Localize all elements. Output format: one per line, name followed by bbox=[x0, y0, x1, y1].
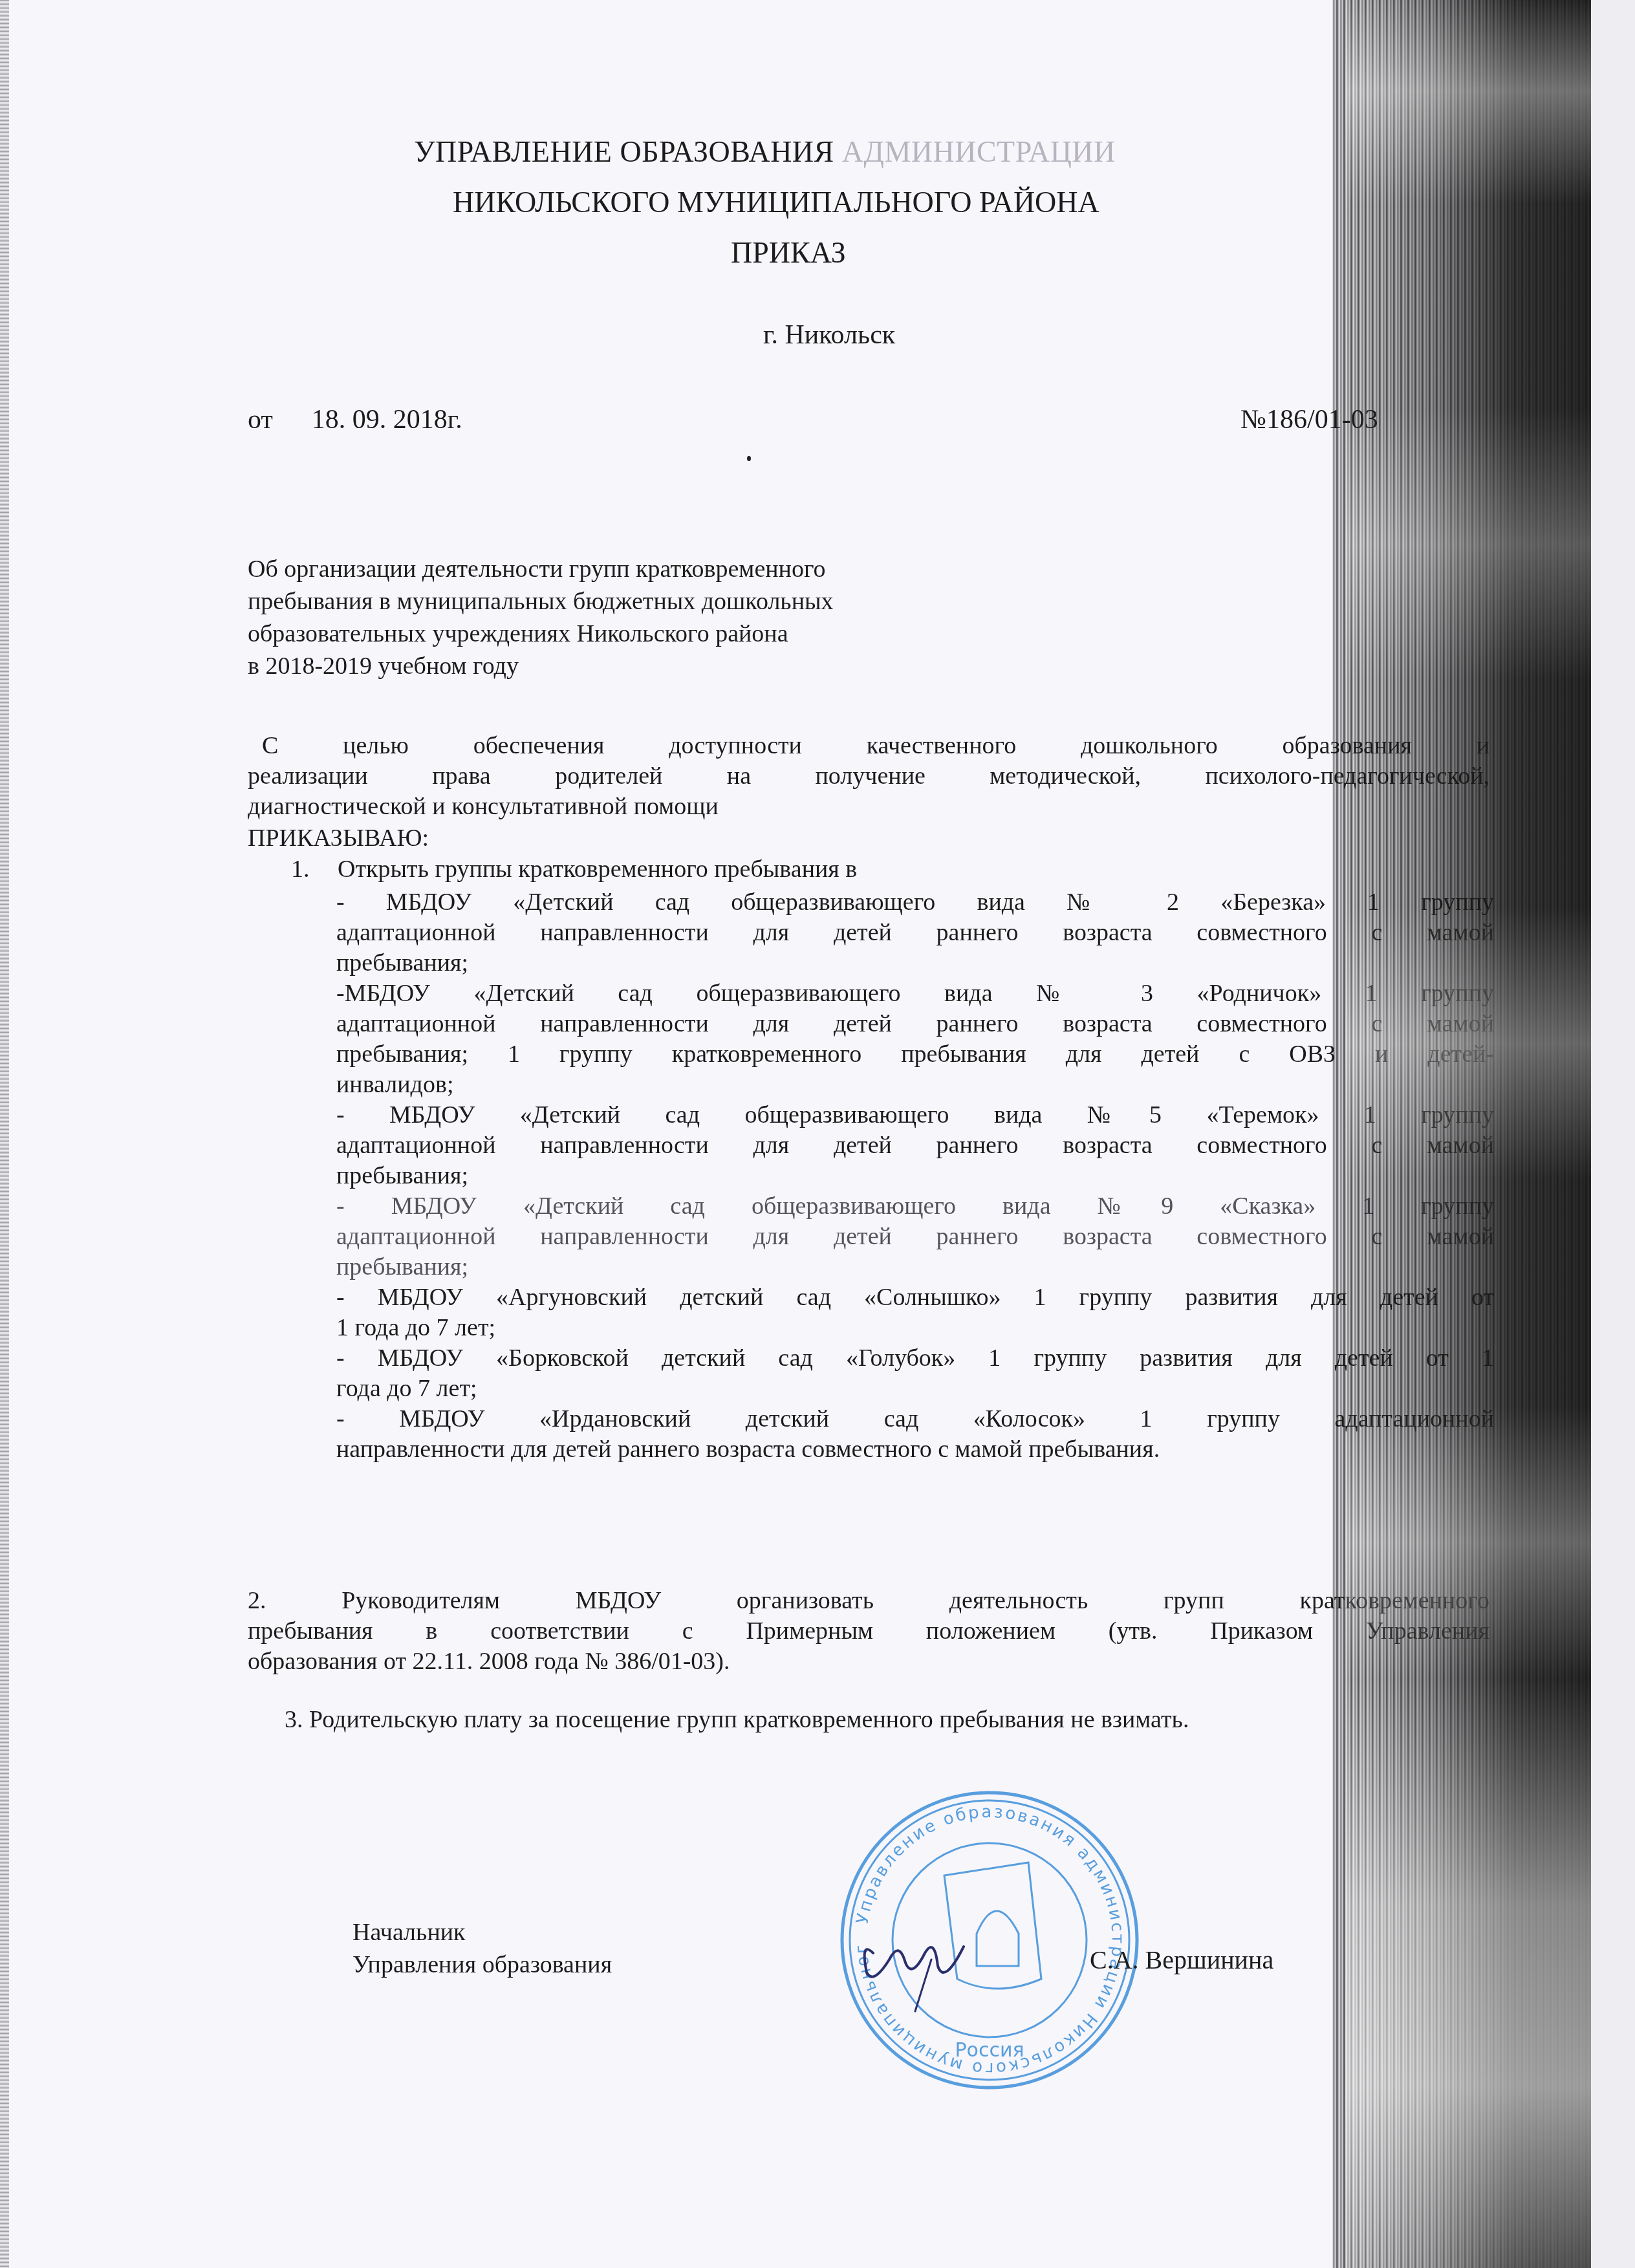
subject-line: в 2018-2019 учебном году bbox=[248, 650, 1088, 682]
item-1-heading: 1.Открыть группы кратковременного пребыв… bbox=[291, 857, 857, 881]
list-item-line: 1 года до 7 лет; bbox=[336, 1313, 1494, 1343]
list-item-line: года до 7 лет; bbox=[336, 1374, 1494, 1404]
date-label: от bbox=[248, 405, 273, 435]
intro-line: диагностической и консультативной помощи bbox=[248, 792, 1489, 822]
list-item-line: - МБДОУ «Ирдановский детский сад «Колосо… bbox=[336, 1404, 1494, 1434]
list-item: - МБДОУ «Детский сад общеразвивающего ви… bbox=[336, 887, 1494, 978]
item-3-paragraph: 3. Родительскую плату за посещение групп… bbox=[285, 1707, 1189, 1732]
header-line1-main: УПРАВЛЕНИЕ ОБРАЗОВАНИЯ bbox=[414, 135, 842, 168]
subject-line: пребывания в муниципальных бюджетных дош… bbox=[248, 585, 1088, 618]
intro-paragraph: С целью обеспечения доступности качестве… bbox=[248, 731, 1489, 822]
list-item: -МБДОУ «Детский сад общеразвивающего вид… bbox=[336, 978, 1494, 1100]
document-subject: Об организации деятельности групп кратко… bbox=[248, 553, 1088, 682]
list-item: - МБДОУ «Детский сад общеразвивающего ви… bbox=[336, 1191, 1494, 1282]
item-1-text: Открыть группы кратковременного пребыван… bbox=[338, 856, 857, 883]
list-item-line: - МБДОУ «Детский сад общеразвивающего ви… bbox=[336, 1191, 1494, 1222]
list-item-line: - МБДОУ «Борковской детский сад «Голубок… bbox=[336, 1343, 1494, 1374]
header-organization-line1: УПРАВЛЕНИЕ ОБРАЗОВАНИЯ АДМИНИСТРАЦИИ bbox=[414, 137, 1116, 167]
header-line1-faded: АДМИНИСТРАЦИИ bbox=[842, 135, 1116, 168]
list-item-line: адаптационной направленности для детей р… bbox=[336, 1130, 1494, 1161]
list-item-line: направленности для детей раннего возраст… bbox=[336, 1434, 1494, 1465]
intro-line: реализации права родителей на получение … bbox=[248, 761, 1489, 792]
signatory-name: С.А. Вершинина bbox=[1090, 1947, 1273, 1973]
list-item: - МБДОУ «Ирдановский детский сад «Колосо… bbox=[336, 1404, 1494, 1465]
list-item-line: - МБДОУ «Детский сад общеразвивающего ви… bbox=[336, 887, 1494, 918]
document-type: ПРИКАЗ bbox=[731, 238, 846, 268]
order-directive-word: ПРИКАЗЫВАЮ: bbox=[248, 826, 429, 850]
intro-line: С целью обеспечения доступности качестве… bbox=[248, 731, 1489, 761]
list-item-line: адаптационной направленности для детей р… bbox=[336, 1222, 1494, 1252]
signatory-title-line1: Начальник bbox=[352, 1916, 612, 1949]
signatory-title: Начальник Управления образования bbox=[352, 1916, 612, 1981]
list-item-line: - МБДОУ «Аргуновский детский сад «Солныш… bbox=[336, 1282, 1494, 1313]
list-item-line: адаптационной направленности для детей р… bbox=[336, 918, 1494, 948]
document-date: 18. 09. 2018г. bbox=[312, 405, 462, 435]
item-1-number: 1. bbox=[291, 857, 338, 881]
list-item-line: пребывания; bbox=[336, 948, 1494, 978]
document-city: г. Никольск bbox=[763, 321, 895, 349]
item-2-line: 2. Руководителям МБДОУ организовать деят… bbox=[248, 1586, 1489, 1616]
scan-edge bbox=[1591, 0, 1635, 2268]
list-item: - МБДОУ «Аргуновский детский сад «Солныш… bbox=[336, 1282, 1494, 1343]
list-item: - МБДОУ «Борковской детский сад «Голубок… bbox=[336, 1343, 1494, 1404]
list-item-line: - МБДОУ «Детский сад общеразвивающего ви… bbox=[336, 1100, 1494, 1130]
list-item-line: инвалидов; bbox=[336, 1070, 1494, 1100]
kindergarten-list: - МБДОУ «Детский сад общеразвивающего ви… bbox=[336, 887, 1494, 1465]
document-date-line: от18. 09. 2018г. bbox=[248, 406, 462, 433]
list-item: - МБДОУ «Детский сад общеразвивающего ви… bbox=[336, 1100, 1494, 1191]
subject-line: Об организации деятельности групп кратко… bbox=[248, 553, 1088, 585]
item-2-paragraph: 2. Руководителям МБДОУ организовать деят… bbox=[248, 1586, 1489, 1677]
item-2-line: образования от 22.11. 2008 года № 386/01… bbox=[248, 1647, 1489, 1677]
list-item-line: пребывания; bbox=[336, 1252, 1494, 1282]
subject-line: образовательных учреждениях Никольского … bbox=[248, 618, 1088, 650]
order-number: №186/01-03 bbox=[1240, 406, 1378, 433]
scan-speck bbox=[747, 456, 751, 461]
list-item-line: пребывания; 1 группу кратковременного пр… bbox=[336, 1039, 1494, 1070]
item-2-line: пребывания в соответствии с Примерным по… bbox=[248, 1616, 1489, 1647]
list-item-line: адаптационной направленности для детей р… bbox=[336, 1009, 1494, 1039]
list-item-line: -МБДОУ «Детский сад общеразвивающего вид… bbox=[336, 978, 1494, 1009]
header-organization-line2: НИКОЛЬСКОГО МУНИЦИПАЛЬНОГО РАЙОНА bbox=[453, 188, 1099, 217]
signatory-title-line2: Управления образования bbox=[352, 1949, 612, 1981]
list-item-line: пребывания; bbox=[336, 1161, 1494, 1191]
